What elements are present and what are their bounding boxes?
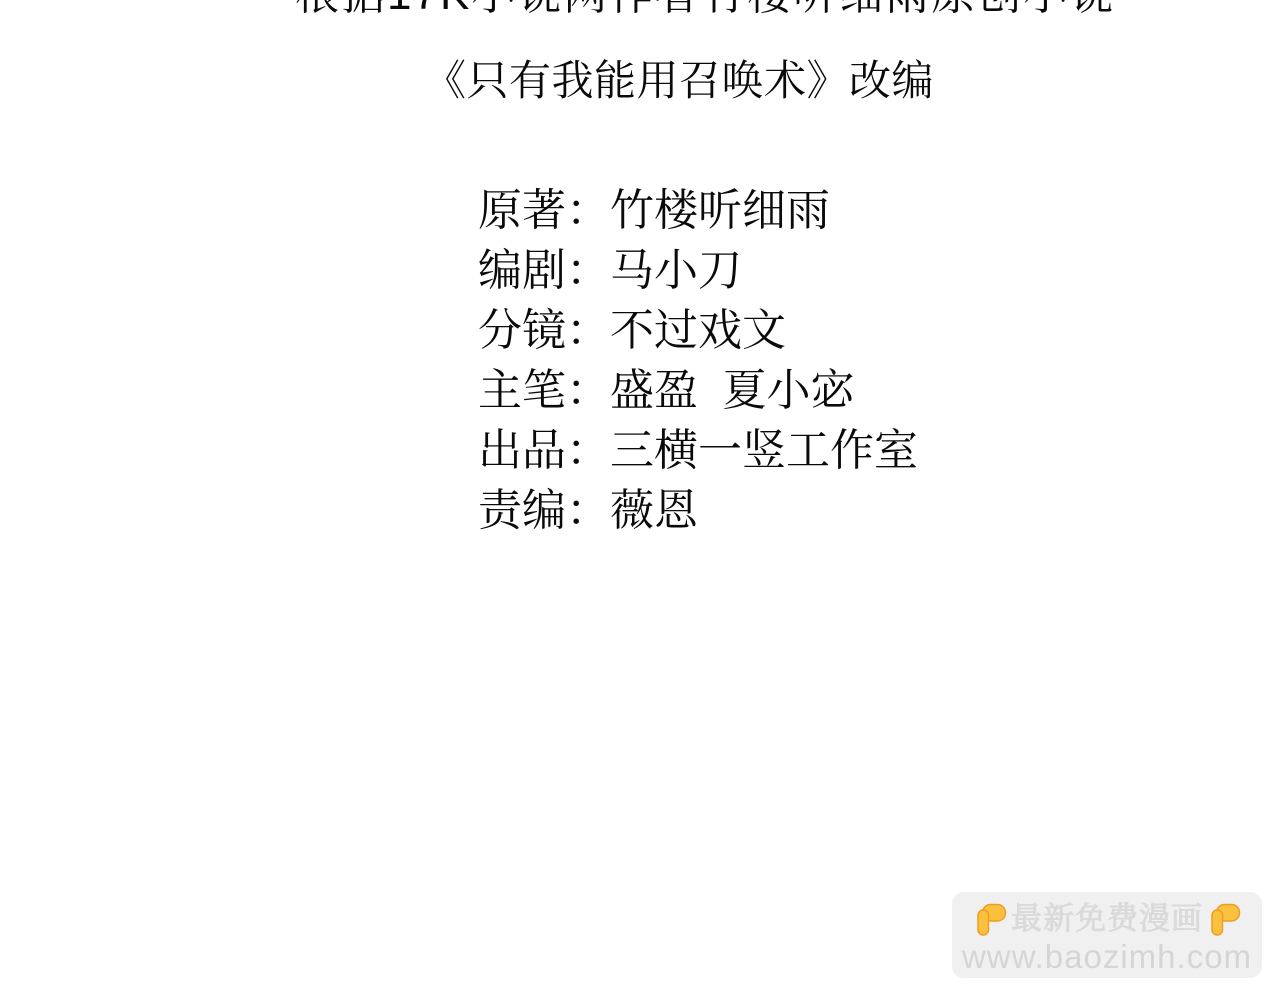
comic-credits-page: 根据17K小说网作者竹楼听细雨原创小说 《只有我能用召唤术》改编 原著： 竹楼听… [0, 0, 1280, 1000]
pointing-down-icon [972, 901, 1008, 937]
credits-label: 原著： [478, 174, 610, 238]
watermark-title: 最新免费漫画 [1011, 903, 1203, 934]
credits-row-lead-artist: 主笔： 盛盈 夏小宓 [478, 356, 918, 416]
pointing-down-icon [1206, 901, 1242, 937]
credits-value: 薇恩 [610, 474, 698, 538]
watermark-badge: 最新免费漫画 www.baozimh.com [952, 892, 1262, 978]
adaptation-title: 《只有我能用召唤术》改编 [424, 60, 934, 102]
credits-value: 盛盈 夏小宓 [610, 354, 854, 418]
credits-row-editor: 责编： 薇恩 [478, 476, 918, 536]
credits-row-storyboard: 分镜： 不过戏文 [478, 296, 918, 356]
credits-list: 原著： 竹楼听细雨 编剧： 马小刀 分镜： 不过戏文 主笔： 盛盈 夏小宓 出品… [478, 176, 918, 536]
credits-label: 编剧： [478, 234, 610, 298]
credits-label: 分镜： [478, 294, 610, 358]
credits-label: 出品： [478, 414, 610, 478]
credits-value: 不过戏文 [610, 294, 786, 358]
credits-row-screenwriter: 编剧： 马小刀 [478, 236, 918, 296]
watermark-title-row: 最新免费漫画 [972, 900, 1242, 938]
credits-value: 马小刀 [610, 234, 742, 298]
watermark-url: www.baozimh.com [962, 940, 1252, 973]
credits-row-original-author: 原著： 竹楼听细雨 [478, 176, 918, 236]
credits-value: 三横一竖工作室 [610, 414, 918, 478]
credits-label: 责编： [478, 474, 610, 538]
credits-row-producer: 出品： 三横一竖工作室 [478, 416, 918, 476]
credits-label: 主笔： [478, 354, 610, 418]
source-attribution-line: 根据17K小说网作者竹楼听细雨原创小说 [295, 0, 1115, 17]
credits-value: 竹楼听细雨 [610, 174, 830, 238]
